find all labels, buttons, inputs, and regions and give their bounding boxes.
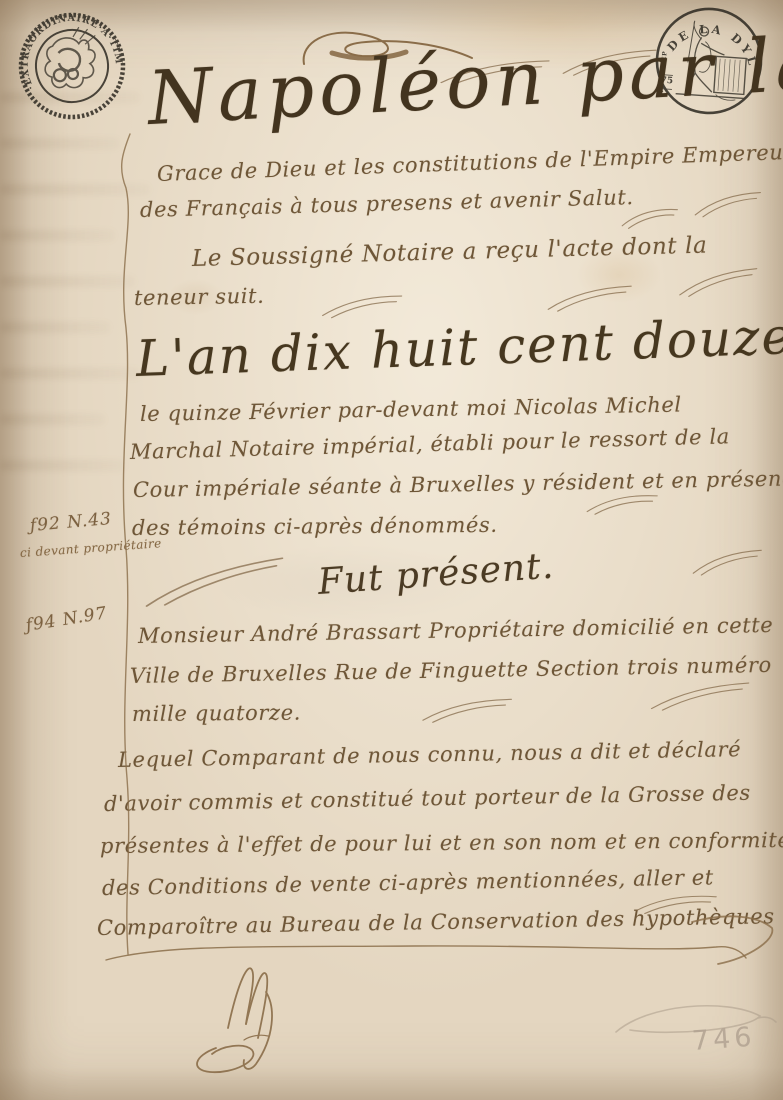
present-heading: Fut présent.	[317, 546, 556, 603]
pen-flourish-icon	[584, 490, 660, 516]
heading-line-grace: Grace de Dieu et les constitutions de l'…	[157, 140, 783, 186]
heading-napoleon: Napoléon par la	[146, 21, 783, 142]
show-through-smudge	[0, 414, 105, 425]
body-line-4: des Conditions de vente ci-après mention…	[102, 865, 714, 900]
body-line-3: présentes à l'effet de pour lui et en so…	[100, 828, 783, 858]
pen-flourish-icon	[419, 693, 516, 724]
margin-rule-line	[100, 128, 144, 958]
archive-pencil-number: 746	[691, 1022, 757, 1057]
date-heading: L'an dix huit cent douze	[135, 307, 783, 388]
date-line-4: des témoins ci-après dénommés.	[132, 513, 498, 540]
manuscript-page: ·EXTRAORDINAIRE·A·TIMBRE· DE LA DYLE. DE…	[0, 0, 783, 1100]
pen-flourish-icon	[675, 263, 762, 300]
pen-flourish-icon	[544, 280, 636, 313]
heading-line-francais: des Français à tous presens et avenir Sa…	[140, 185, 634, 222]
date-line-3: Cour impériale séante à Bruxelles y rési…	[133, 466, 783, 502]
date-line-2: Marchal Notaire impérial, établi pour le…	[130, 424, 730, 464]
present-line-3: mille quatorze.	[132, 701, 301, 726]
present-line-1: Monsieur André Brassart Propriétaire dom…	[138, 613, 774, 648]
show-through-smudge	[0, 230, 115, 241]
pen-flourish-icon	[689, 544, 766, 577]
margin-registration-ref-2: ƒ94 N.97	[24, 603, 108, 636]
preamble-line-2: teneur suit.	[134, 284, 265, 310]
body-line-2: d'avoir commis et constitué tout porteur…	[104, 781, 751, 816]
pen-flourish-icon	[319, 290, 406, 320]
date-line-1: le quinze Février par-devant moi Nicolas…	[140, 393, 682, 426]
pen-flourish-icon	[691, 187, 765, 220]
pen-flourish-icon	[139, 551, 291, 610]
show-through-smudge	[0, 322, 110, 333]
notary-paraph-signature	[186, 952, 326, 1077]
timbre-extraordinaire-stamp-icon: ·EXTRAORDINAIRE·A·TIMBRE·	[1, 0, 143, 138]
present-line-2: Ville de Bruxelles Rue de Finguette Sect…	[130, 653, 772, 688]
body-line-1: Lequel Comparant de nous connu, nous a d…	[118, 737, 742, 772]
pen-flourish-icon	[647, 677, 754, 713]
preamble-line-1: Le Soussigné Notaire a reçu l'acte dont …	[192, 233, 708, 272]
